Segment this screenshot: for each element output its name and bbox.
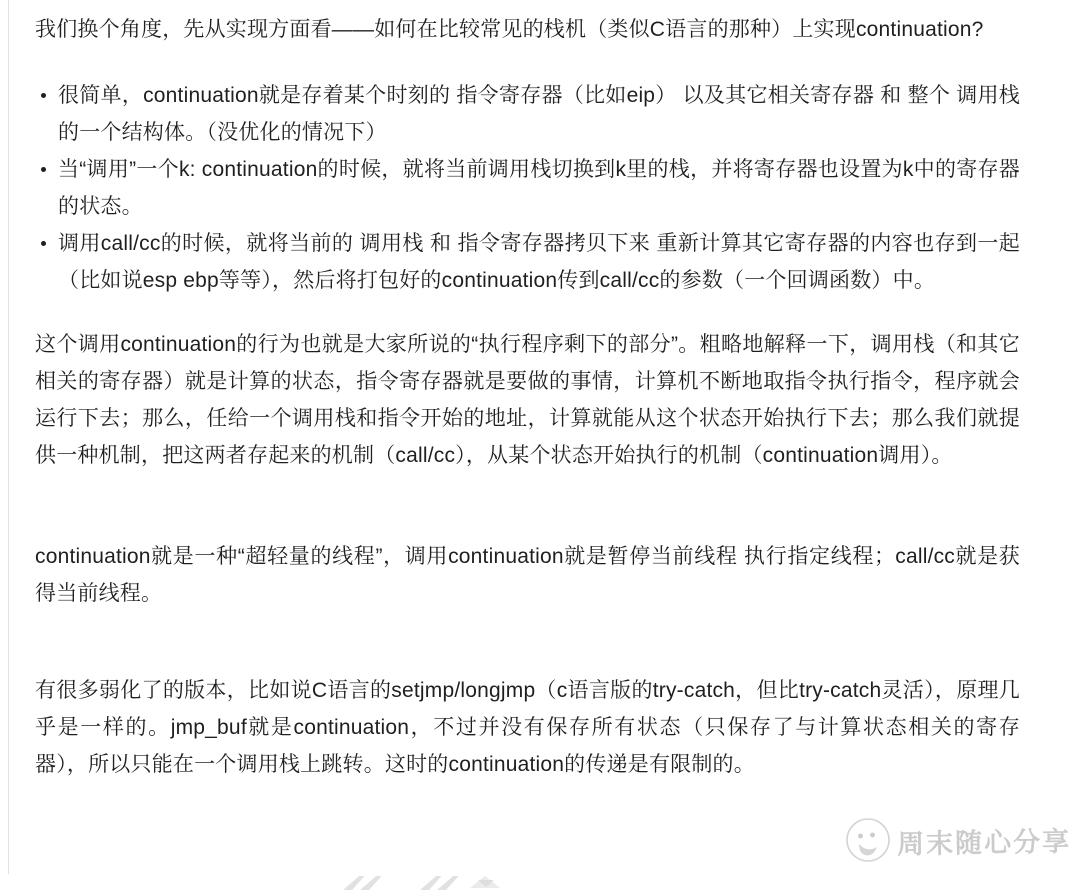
page-left-border [8,0,9,874]
cutoff-watermark-shape [343,876,379,890]
cutoff-watermark-shape [437,876,473,890]
paragraph-lightweight-thread: continuation就是一种“超轻量的线程”，调用continuation就… [35,538,1020,612]
cutoff-watermark-shape [420,876,456,890]
paragraph-intro: 我们换个角度，先从实现方面看——如何在比较常见的栈机（类似C语言的那种）上实现c… [35,11,1020,48]
watermark-logo-icon [845,817,891,863]
list-item-continuation-struct: 很简单，continuation就是存着某个时刻的 指令寄存器（比如eip） 以… [35,77,1020,151]
watermark: 周末随心分享 [845,817,1071,863]
paragraph-setjmp-longjmp: 有很多弱化了的版本，比如说C语言的setjmp/longjmp（c语言版的try… [35,672,1020,783]
list-item-callcc: 调用call/cc的时候，就将当前的 调用栈 和 指令寄存器拷贝下来 重新计算其… [35,225,1020,299]
cutoff-watermark-shape [478,880,494,887]
article-page: 我们换个角度，先从实现方面看——如何在比较常见的栈机（类似C语言的那种）上实现c… [0,0,1078,890]
cutoff-watermark-shape [470,876,500,888]
watermark-text: 周末随心分享 [897,819,1072,861]
cutoff-watermark-shape [360,876,396,890]
paragraph-mechanism: 这个调用continuation的行为也就是大家所说的“执行程序剩下的部分”。粗… [35,326,1020,474]
bullet-list: 很简单，continuation就是存着某个时刻的 指令寄存器（比如eip） 以… [35,77,1020,299]
article-body: 我们换个角度，先从实现方面看——如何在比较常见的栈机（类似C语言的那种）上实现c… [35,11,1020,783]
list-item-invoke-continuation: 当“调用”一个k: continuation的时候，就将当前调用栈切换到k里的栈… [35,151,1020,225]
